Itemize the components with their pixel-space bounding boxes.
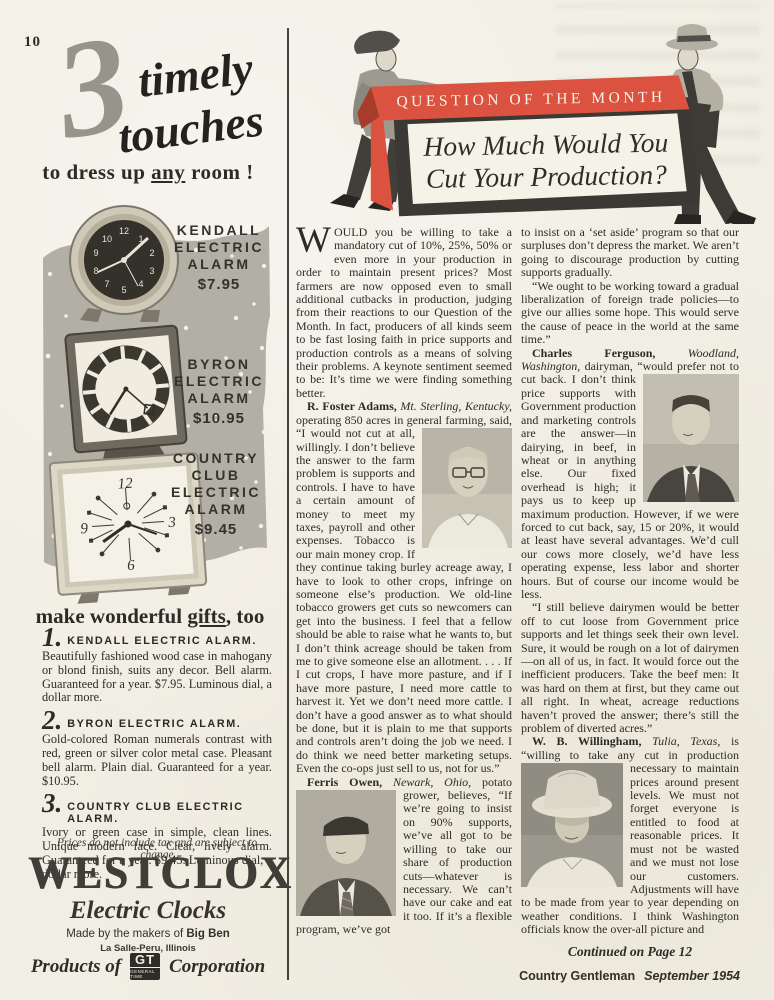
made-by-line: Made by the makers of Big Ben — [28, 928, 268, 940]
item-number: 3. — [42, 793, 62, 813]
issue-date: September 1954 — [644, 969, 740, 983]
kendall-price: $7.95 — [170, 276, 268, 293]
item-title: KENDALL ELECTRIC ALARM. — [67, 635, 257, 647]
intro-paragraph: WOULD you be willing to take a mandatory… — [296, 226, 512, 400]
electric-clocks-script: Electric Clocks — [28, 897, 268, 925]
speaker-location: Tulia, Texas, — [641, 734, 720, 748]
speaker-location: Newark, Ohio, — [382, 775, 471, 789]
svg-text:12: 12 — [117, 476, 134, 493]
svg-text:7: 7 — [104, 279, 109, 289]
corporation-script: Corporation — [169, 956, 265, 978]
adams-paragraph: R. Foster Adams, Mt. Sterling, Kentucky,… — [296, 400, 512, 775]
svg-text:8: 8 — [93, 266, 98, 276]
byron-price: $10.95 — [170, 410, 268, 427]
clock-label-byron: BYRON ELECTRIC ALARM $10.95 — [170, 356, 268, 427]
portrait-willingham — [521, 763, 623, 887]
ad-headline-word2: touches — [116, 97, 266, 160]
column-divider-rule — [287, 28, 289, 980]
magazine-name: Country Gentleman — [519, 969, 635, 983]
portrait-owen — [296, 790, 396, 916]
ferguson-quote-paragraph: “I still believe dairymen would be bette… — [521, 601, 739, 735]
svg-text:4: 4 — [138, 279, 143, 289]
ad-headline-word1: timely — [136, 45, 256, 105]
item-number: 1. — [42, 627, 62, 647]
item-title: COUNTRY CLUB ELECTRIC ALARM. — [67, 801, 272, 825]
ad-subheadline: to dress up any room ! — [24, 160, 272, 185]
page-number: 10 — [24, 34, 41, 51]
svg-text:5: 5 — [121, 285, 126, 295]
ferguson-paragraph: Charles Ferguson, Woodland, Washington, … — [521, 347, 739, 602]
drop-cap: W — [296, 226, 334, 254]
speaker-location: Mt. Sterling, Kentucky, — [397, 399, 512, 413]
clock-label-kendall: KENDALL ELECTRIC ALARM $7.95 — [170, 222, 268, 293]
page-footer: Country Gentleman September 1954 — [519, 969, 740, 983]
owen-paragraph: Ferris Owen, Newark, Ohio, potato grower… — [296, 776, 512, 937]
portrait-adams — [422, 428, 512, 548]
magazine-page: 10 3 timely touches to dress up any room… — [0, 0, 774, 1000]
speaker-name: Ferris Owen, — [307, 775, 382, 789]
products-of-script: Products of — [31, 956, 121, 978]
quote-paragraph: “We ought to be working toward a gradual… — [521, 280, 739, 347]
svg-text:10: 10 — [102, 234, 112, 244]
question-sign: QUESTION OF THE MONTH How Much Would You… — [357, 75, 699, 217]
big-ben-name: Big Ben — [186, 928, 229, 940]
speaker-name: W. B. Willingham, — [532, 734, 641, 748]
gift-item: 2. BYRON ELECTRIC ALARM. Gold-colored Ro… — [42, 712, 272, 788]
question-of-month-illustration: QUESTION OF THE MONTH How Much Would You… — [298, 22, 762, 224]
svg-text:2: 2 — [149, 248, 154, 258]
svg-text:9: 9 — [93, 248, 98, 258]
article-column-1: WOULD you be willing to take a mandatory… — [296, 226, 512, 992]
article-title-line1: How Much Would You — [422, 127, 668, 162]
item-description: Beautifully fashioned wood case in mahog… — [42, 650, 272, 705]
willingham-paragraph: W. B. Willingham, Tulia, Texas, is “will… — [521, 735, 739, 936]
gifts-heading: make wonderful gifts, too — [30, 604, 270, 629]
westclox-logo: WESTCLOX — [28, 847, 268, 900]
svg-text:3: 3 — [149, 266, 154, 276]
gift-item: 1. KENDALL ELECTRIC ALARM. Beautifully f… — [42, 629, 272, 705]
clock-label-country-club: COUNTRY CLUB ELECTRIC ALARM $9.45 — [164, 450, 268, 538]
speaker-name: Charles Ferguson, — [532, 346, 655, 360]
svg-text:12: 12 — [119, 226, 129, 236]
country-club-price: $9.45 — [164, 521, 268, 538]
article-title-line2: Cut Your Production? — [426, 159, 668, 194]
continuation-paragraph: to insist on a ‘set aside’ program so th… — [521, 226, 739, 280]
item-description: Gold-colored Roman numerals contrast wit… — [42, 733, 272, 788]
products-of-row: Products of GT GENERAL TIME Corporation — [28, 953, 268, 980]
portrait-ferguson — [643, 374, 739, 502]
continued-notice: Continued on Page 12 — [521, 944, 739, 960]
article-column-2: to insist on a ‘set aside’ program so th… — [521, 226, 739, 942]
general-time-logo: GT GENERAL TIME — [130, 953, 160, 980]
item-title: BYRON ELECTRIC ALARM. — [67, 718, 241, 730]
item-number: 2. — [42, 710, 62, 730]
speaker-name: R. Foster Adams, — [307, 399, 397, 413]
